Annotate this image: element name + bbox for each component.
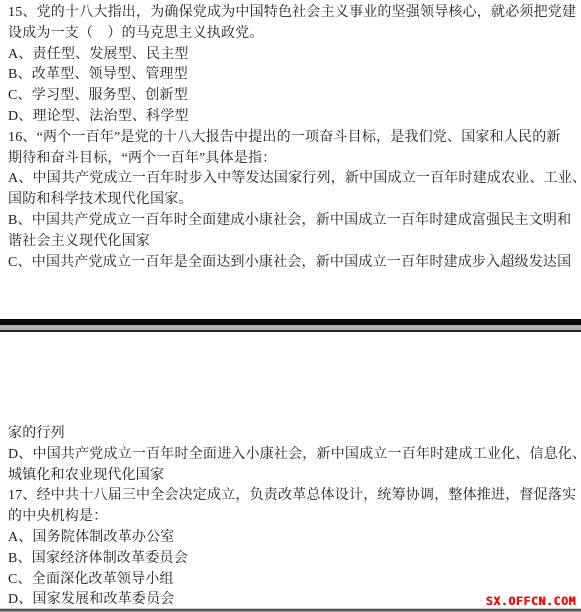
q15-stem-line-2: 设成为一支（ ）的马克思主义执政党。 <box>8 24 577 45</box>
q16-option-c-line-2: 家的行列 <box>8 424 577 445</box>
q17-option-c: C、全面深化改革领导小组 <box>8 570 577 591</box>
q17-option-a: A、国务院体制改革办公室 <box>8 528 577 549</box>
q16-option-d-line-1: D、中国共产党成立一百年时全面进入小康社会，新中国成立一百年时建成工业化、信息化… <box>8 445 577 466</box>
q16-stem-line-2: 期待和奋斗目标，“两个一百年”具体是指： <box>8 149 577 170</box>
q15-option-b: B、改革型、领导型、管理型 <box>8 65 577 86</box>
document-viewport: 15、党的十八大指出，为确保党成为中国特色社会主义事业的坚强领导核心，就必须把党… <box>0 0 581 612</box>
q15-option-c: C、学习型、服务型、创新型 <box>8 86 577 107</box>
document-page-2: 家的行列 D、中国共产党成立一百年时全面进入小康社会，新中国成立一百年时建成工业… <box>8 424 577 611</box>
q17-option-b: B、国家经济体制改革委员会 <box>8 549 577 570</box>
page2-top-edge <box>0 330 581 332</box>
q16-option-a-line-1: A、中国共产党成立一百年时步入中等发达国家行列，新中国成立一百年时建成农业、工业… <box>8 169 577 190</box>
q15-stem-line-1: 15、党的十八大指出，为确保党成为中国特色社会主义事业的坚强领导核心，就必须把党… <box>8 3 577 24</box>
document-page-1: 15、党的十八大指出，为确保党成为中国特色社会主义事业的坚强领导核心，就必须把党… <box>8 3 577 273</box>
q17-stem-line-2: 的中央机构是： <box>8 507 577 528</box>
q16-option-b-line-1: B、中国共产党成立一百年时全面建成小康社会，新中国成立一百年时建成富强民主文明和 <box>8 211 577 232</box>
q16-option-d-line-2: 城镇化和农业现代化国家 <box>8 466 577 487</box>
q17-stem-line-1: 17、经中共十八届三中全会决定成立，负责改革总体设计，统筹协调，整体推进，督促落… <box>8 486 577 507</box>
bottom-page-break <box>0 608 581 612</box>
page-break <box>0 319 581 332</box>
q16-option-a-line-2: 国防和科学技术现代化国家。 <box>8 190 577 211</box>
q16-option-c-line-1: C、中国共产党成立一百年是全面达到小康社会，新中国成立一百年时建成步入超级发达国 <box>8 253 577 274</box>
site-watermark: SX.OFFCN.COM <box>486 594 576 608</box>
q16-option-b-line-2: 谐社会主义现代化国家 <box>8 232 577 253</box>
q15-option-a: A、责任型、发展型、民主型 <box>8 45 577 66</box>
q15-option-d: D、理论型、法治型、科学型 <box>8 107 577 128</box>
q16-stem-line-1: 16、“两个一百年”是党的十八大报告中提出的一项奋斗目标，是我们党、国家和人民的… <box>8 128 577 149</box>
